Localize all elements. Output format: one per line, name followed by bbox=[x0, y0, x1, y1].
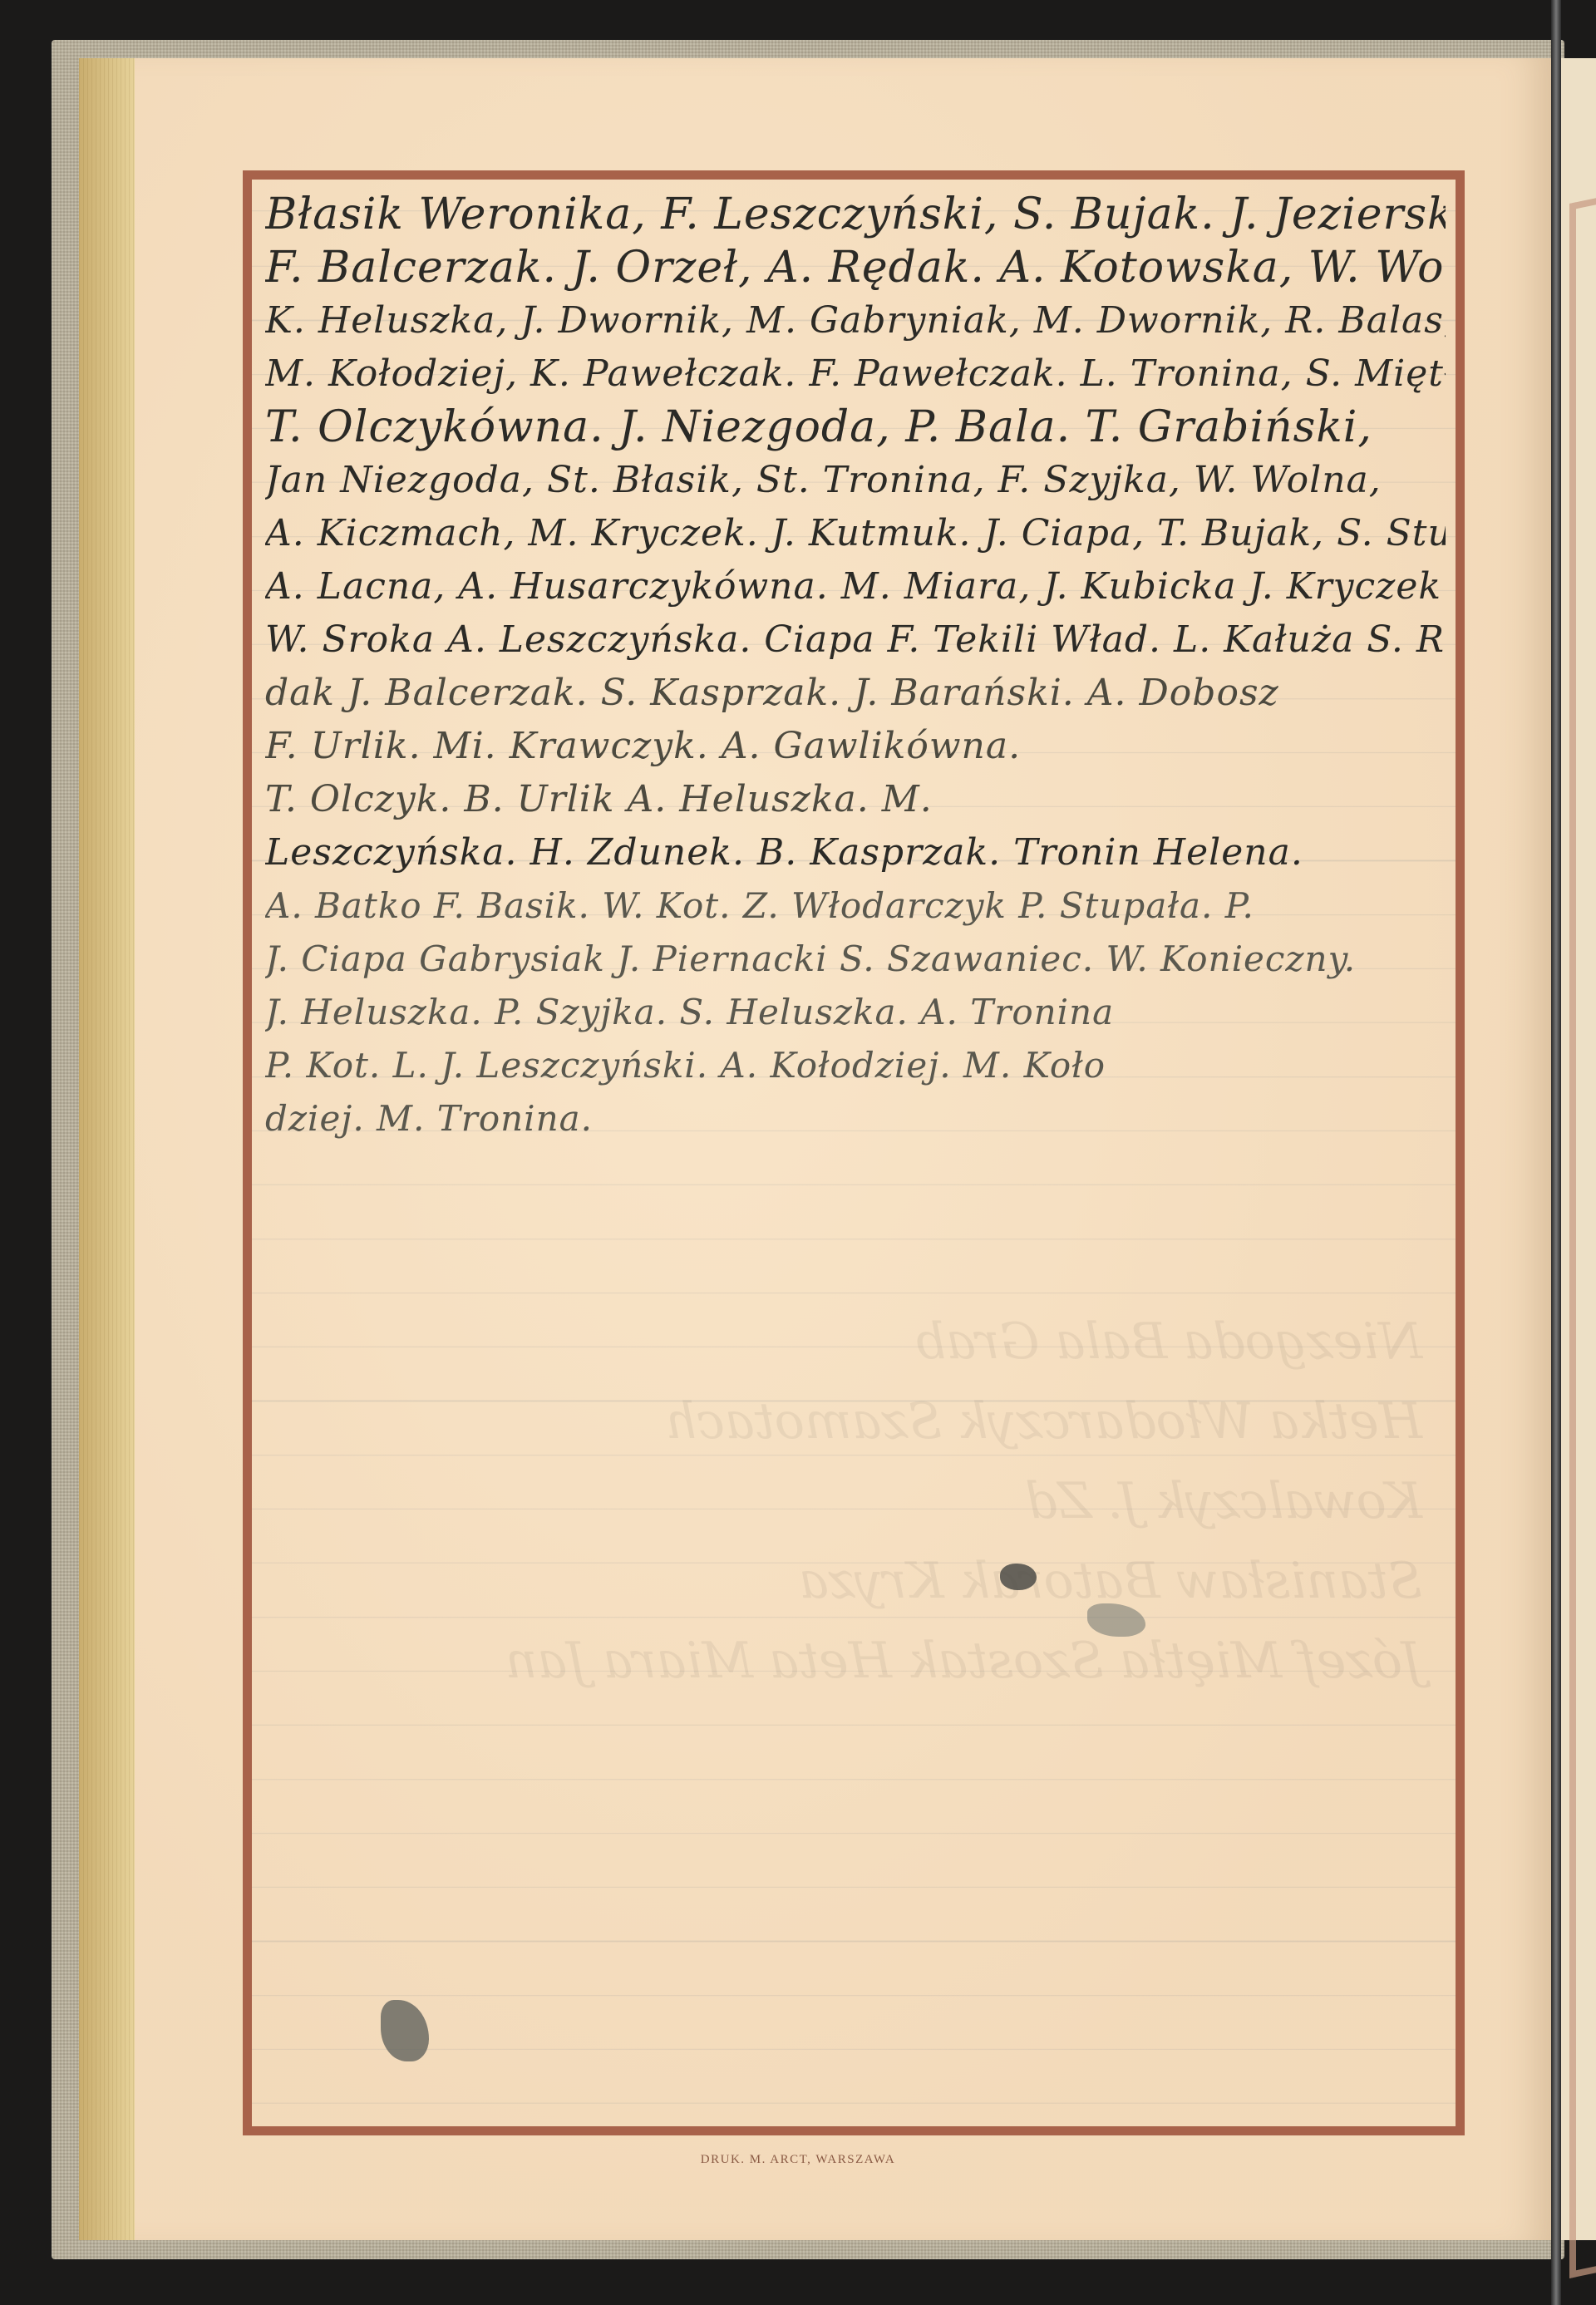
entry-line: dak J. Balcerzak. S. Kasprzak. J. Barańs… bbox=[265, 667, 1446, 720]
page-edges bbox=[79, 58, 137, 2240]
entry-line: T. Olczyk. B. Urlik A. Heluszka. M. bbox=[265, 773, 1446, 826]
book-gutter bbox=[1551, 0, 1561, 2305]
entry-line: Błasik Weronika, F. Leszczyński, S. Buja… bbox=[265, 188, 1446, 241]
entry-line: A. Batko F. Basik. W. Kot. Z. Włodarczyk… bbox=[265, 879, 1446, 933]
entry-line: P. Kot. L. J. Leszczyński. A. Kołodziej.… bbox=[265, 1039, 1446, 1092]
entry-line: Jan Niezgoda, St. Błasik, St. Tronina, F… bbox=[265, 454, 1446, 507]
entry-line: J. Ciapa Gabrysiak J. Piernacki S. Szawa… bbox=[265, 933, 1446, 986]
handwritten-name-list: Błasik Weronika, F. Leszczyński, S. Buja… bbox=[265, 188, 1446, 1145]
entry-line: F. Urlik. Mi. Krawczyk. A. Gawlikówna. bbox=[265, 720, 1446, 773]
entry-line: F. Balcerzak. J. Orzeł, A. Rędak. A. Kot… bbox=[265, 241, 1446, 294]
entry-line: dziej. M. Tronina. bbox=[265, 1092, 1446, 1145]
printer-imprint: DRUK. M. ARCT, WARSZAWA bbox=[0, 2153, 1596, 2167]
adjacent-page-edge bbox=[1561, 58, 1596, 2240]
entry-line: M. Kołodziej, K. Pawełczak. F. Pawełczak… bbox=[265, 347, 1446, 401]
entry-line: A. Kiczmach, M. Kryczek. J. Kutmuk. J. C… bbox=[265, 507, 1446, 560]
entry-line: T. Olczykówna. J. Niezgoda, P. Bala. T. … bbox=[265, 401, 1446, 454]
printed-red-frame: Niezgoda Bala GrabHetka Włodarczyk Szamo… bbox=[243, 170, 1465, 2135]
entry-line: K. Heluszka, J. Dwornik, M. Gabryniak, M… bbox=[265, 294, 1446, 347]
entry-line: Leszczyńska. H. Zdunek. B. Kasprzak. Tro… bbox=[265, 826, 1446, 879]
entry-line: W. Sroka A. Leszczyńska. Ciapa F. Tekili… bbox=[265, 613, 1446, 667]
adjacent-page-frame bbox=[1569, 195, 1596, 2278]
entry-line: A. Lacna, A. Husarczykówna. M. Miara, J.… bbox=[265, 560, 1446, 613]
entry-line: J. Heluszka. P. Szyjka. S. Heluszka. A. … bbox=[265, 986, 1446, 1039]
ink-blot bbox=[1000, 1564, 1037, 1590]
